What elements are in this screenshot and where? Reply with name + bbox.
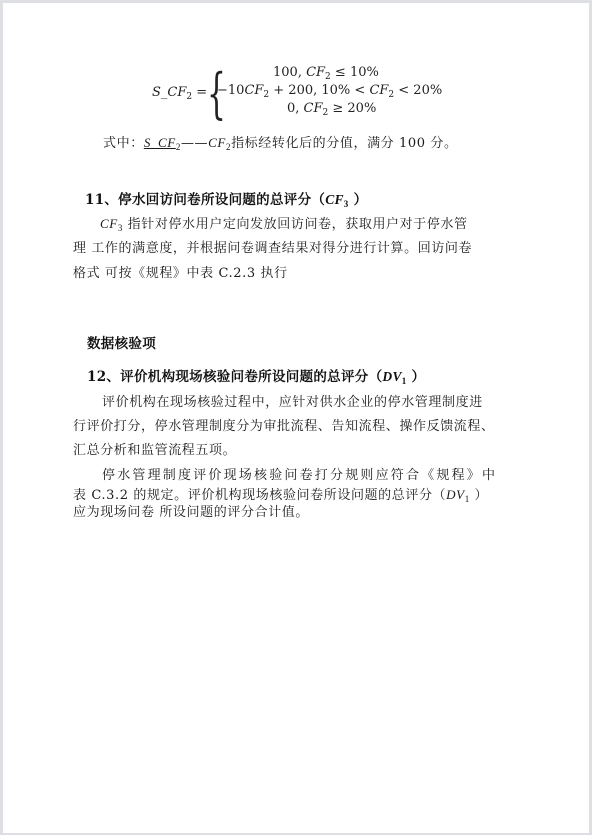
section-11-line-2: 理 工作的满意度，并根据问卷调查结果对得分进行计算。回访问卷 — [73, 237, 472, 256]
formula-case-2: −10CF2 + 200, 10% < CF2 < 20% — [217, 83, 442, 98]
section-12-para2-line-3: 应为现场问卷 所设问题的评分合计值。 — [73, 501, 309, 520]
section-12-para1-line-1: 评价机构在现场核验过程中，应针对供水企业的停水管理制度进 — [102, 391, 483, 410]
data-check-title: 数据核验项 — [87, 332, 156, 352]
section-11-line-3: 格式 可按《规程》中表 C.2.3 执行 — [73, 262, 288, 281]
section-12-heading: 12、评价机构现场核验问卷所设问题的总评分（DV1 ） — [87, 365, 425, 385]
formula-note: 式中：S_CF2——CF2指标经转化后的分值，满分 100 分。 — [103, 132, 458, 151]
section-11-line-1: CF3 指针对停水用户定向发放回访问卷，获取用户对于停水管 — [100, 213, 468, 232]
section-12-para2-line-1: 停水管理制度评价现场核验问卷打分规则应符合《规程》中 — [102, 464, 497, 483]
formula-case-3: 0, CF2 ≥ 20% — [287, 101, 376, 116]
formula-lhs: S_CF2 = — [152, 85, 207, 100]
formula-case-1: 100, CF2 ≤ 10% — [273, 65, 379, 80]
document-page: S_CF2 = { 100, CF2 ≤ 10% −10CF2 + 200, 1… — [3, 3, 589, 833]
section-12-para1-line-2: 行评价打分，停水管理制度分为审批流程、告知流程、操作反馈流程、 — [73, 415, 495, 434]
section-11-heading: 11、停水回访问卷所设问题的总评分（CF3 ） — [85, 188, 367, 208]
section-12-para1-line-3: 汇总分析和监管流程五项。 — [73, 439, 236, 458]
